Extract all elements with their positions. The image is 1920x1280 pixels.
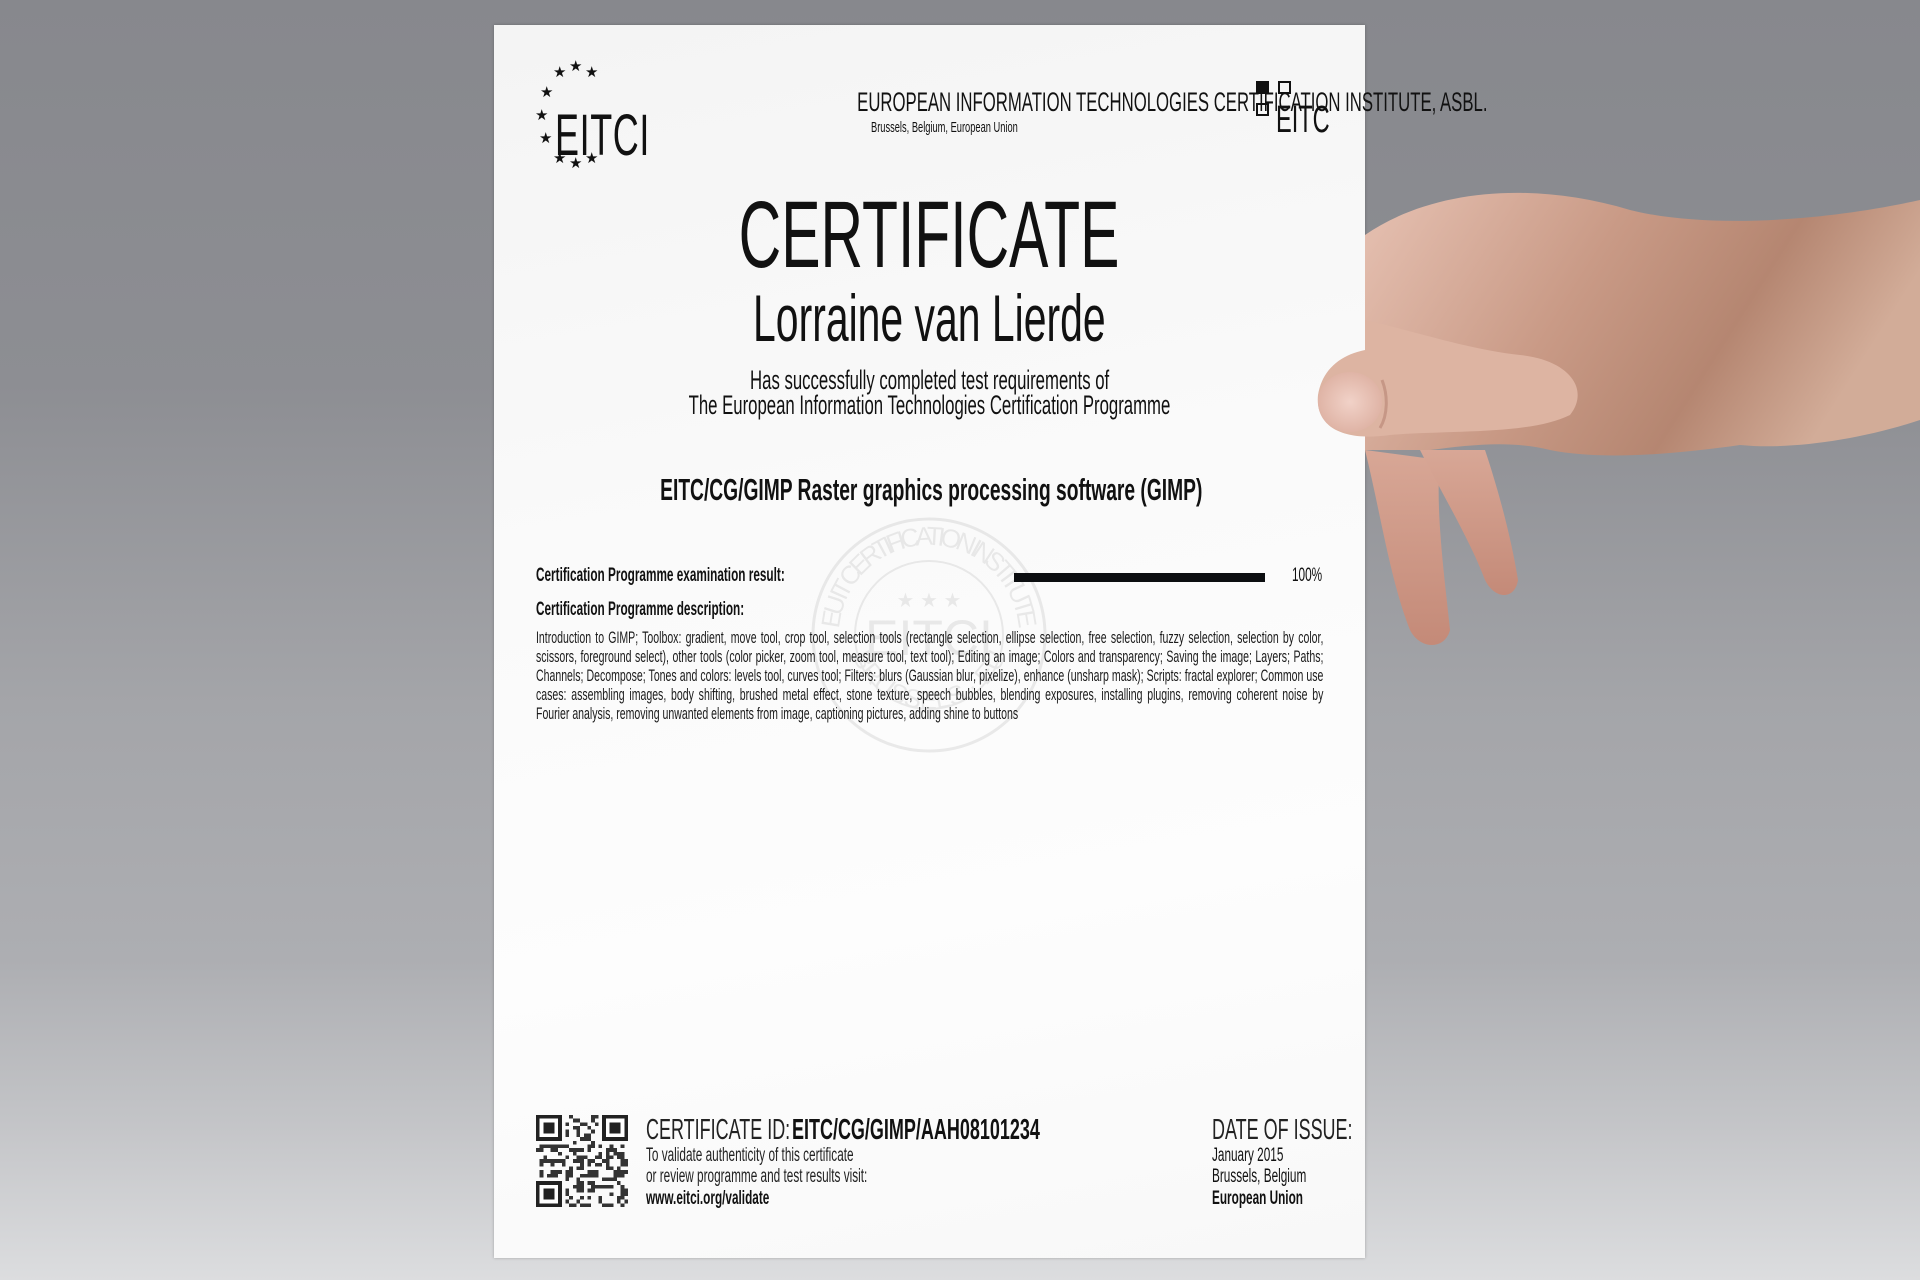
issue-city-text: Brussels, Belgium xyxy=(1212,1166,1306,1188)
star-icon: ★ xyxy=(585,65,598,80)
issue-region-text: European Union xyxy=(1212,1188,1303,1210)
recipient-name-text: Lorraine van Lierde xyxy=(753,283,1106,353)
date-of-issue-value: January 2015 xyxy=(1212,1145,1327,1167)
result-label-text: Certification Programme examination resu… xyxy=(536,565,785,587)
certificate-title-text: CERTIFICATE xyxy=(739,185,1120,285)
institute-location: Brussels, Belgium, European Union xyxy=(664,119,1224,137)
validate-url-link[interactable]: www.eitci.org/validate xyxy=(646,1188,845,1210)
eitci-logo-text: EITCI xyxy=(555,107,650,165)
validate-instruction-1-text: To validate authenticity of this certifi… xyxy=(646,1145,854,1167)
eitc-logo-text: EITC xyxy=(1276,101,1330,139)
validate-instruction-2-text: or review programme and test results vis… xyxy=(646,1166,867,1188)
certificate-title: CERTIFICATE xyxy=(494,185,1365,285)
course-title: EITC/CG/GIMP Raster graphics processing … xyxy=(494,473,1365,507)
eitci-logo: ★ ★ ★ ★ ★ ★ ★ ★ ★ EITCI xyxy=(529,65,639,175)
certificate-id-label-text: CERTIFICATE ID: xyxy=(646,1114,790,1146)
issue-region: European Union xyxy=(1212,1188,1359,1210)
issue-city: Brussels, Belgium xyxy=(1212,1166,1364,1188)
result-progress-fill xyxy=(1014,573,1265,582)
description-body: Introduction to GIMP; Toolbox: gradient,… xyxy=(536,628,1323,723)
star-icon: ★ xyxy=(535,108,548,123)
validate-url-text[interactable]: www.eitci.org/validate xyxy=(646,1188,769,1210)
recipient-name: Lorraine van Lierde xyxy=(494,283,1365,353)
logo-square xyxy=(1278,81,1291,94)
validate-instruction-2: or review programme and test results vis… xyxy=(646,1166,1003,1188)
result-progress-bar xyxy=(1014,573,1265,582)
institute-name: EUROPEAN INFORMATION TECHNOLOGIES CERTIF… xyxy=(664,87,1224,117)
certificate-id-value: EITC/CG/GIMP/AAH08101234 xyxy=(792,1114,1192,1146)
star-icon: ★ xyxy=(540,85,553,100)
result-value: 100% xyxy=(1292,565,1341,587)
result-value-text: 100% xyxy=(1292,565,1322,587)
star-icon: ★ xyxy=(569,59,582,74)
date-of-issue-label-text: DATE OF ISSUE: xyxy=(1212,1114,1353,1146)
hand-image xyxy=(1270,180,1920,650)
statement-line-2: The European Information Technologies Ce… xyxy=(494,390,1365,420)
statement-line-2-text: The European Information Technologies Ce… xyxy=(689,390,1171,420)
course-title-text: EITC/CG/GIMP Raster graphics processing … xyxy=(660,473,1202,507)
svg-text:★ ★ ★: ★ ★ ★ xyxy=(897,590,962,612)
star-icon: ★ xyxy=(539,131,552,146)
eitc-logo: EITC xyxy=(1256,81,1331,137)
date-of-issue-value-text: January 2015 xyxy=(1212,1145,1283,1167)
description-label-text: Certification Programme description: xyxy=(536,599,744,621)
certificate-paper: ★ ★ ★ ★ ★ ★ ★ ★ ★ EITCI EUROPEAN INFORMA… xyxy=(494,25,1365,1258)
logo-square-filled xyxy=(1256,81,1269,94)
validate-instruction-1: To validate authenticity of this certifi… xyxy=(646,1145,981,1167)
institute-location-text: Brussels, Belgium, European Union xyxy=(871,119,1018,137)
star-icon: ★ xyxy=(553,65,566,80)
result-label: Certification Programme examination resu… xyxy=(536,565,937,587)
date-of-issue-label: DATE OF ISSUE: xyxy=(1212,1114,1439,1146)
institute-name-text: EUROPEAN INFORMATION TECHNOLOGIES CERTIF… xyxy=(857,87,1487,117)
certificate-id-value-text: EITC/CG/GIMP/AAH08101234 xyxy=(792,1114,1040,1146)
description-label: Certification Programme description: xyxy=(536,599,872,621)
qr-code-icon xyxy=(536,1115,628,1207)
logo-square xyxy=(1256,103,1269,116)
